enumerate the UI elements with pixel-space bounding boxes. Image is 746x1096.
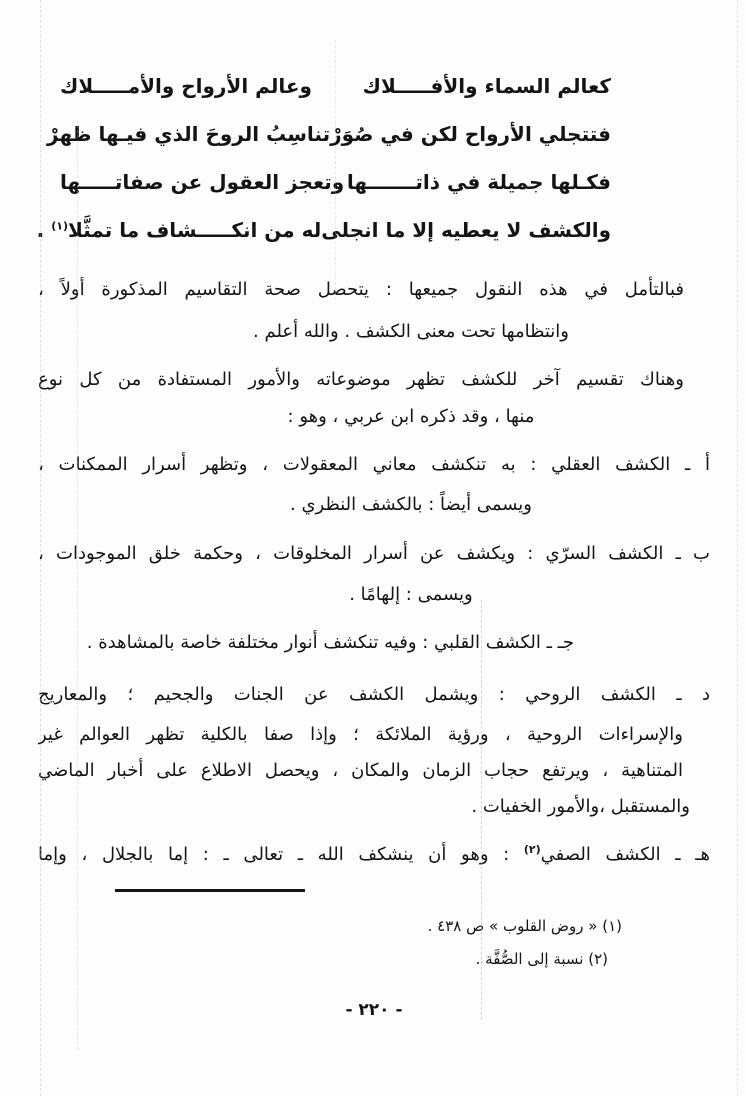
footnote-separator-rule bbox=[115, 889, 305, 892]
item-haa-text-rest: : وهو أن ينشكف الله ـ تعالى ـ : إما بالج… bbox=[38, 844, 524, 865]
paragraph-2-line-1: وهناك تقسيم آخر للكشف تظهر موضوعاته والأ… bbox=[38, 365, 710, 395]
scan-artifact-line bbox=[77, 120, 78, 1050]
verse-suffix: . bbox=[37, 218, 52, 242]
list-item-alif-line-1: أ ـ الكشف العقلي : به تنكشف معاني المعقو… bbox=[38, 450, 710, 480]
scan-artifact-line bbox=[40, 0, 41, 1096]
scan-artifact-line bbox=[481, 600, 482, 1020]
verse-hemistich-right: والكشف لا يعطيه إلا ما انجلى bbox=[321, 206, 611, 254]
list-item-daal-line-2: والإسراءات الروحية ، ورؤية الملائكة ؛ وإ… bbox=[38, 720, 710, 750]
scan-artifact-line bbox=[335, 40, 336, 300]
item-haa-text: هـ ـ الكشف الصفي bbox=[541, 844, 710, 865]
scanned-book-page: كعالم السماء والأفـــــلاك وعالم الأرواح… bbox=[0, 0, 746, 1096]
verse-row: فكـلها جميلة في ذاتـــــــها وتعجز العقو… bbox=[38, 158, 710, 206]
verse-hemistich-right: فكـلها جميلة في ذاتـــــــها bbox=[347, 158, 611, 206]
footnote-reference-2: (٢) bbox=[524, 843, 541, 856]
paragraph-1-line-1: فبالتأمل في هذه النقول جميعها : يتحصل صح… bbox=[38, 275, 710, 305]
verse-hemistich-left: له من انكـــــشاف ما تمثَّلا(١) . bbox=[37, 206, 322, 254]
list-item-daal-line-1: د ـ الكشف الروحي : ويشمل الكشف عن الجنات… bbox=[38, 680, 710, 710]
scan-artifact-line bbox=[737, 0, 738, 1096]
verse-hemistich-right: كعالم السماء والأفـــــلاك bbox=[363, 62, 611, 110]
footnotes-block: (١) « روض القلوب » ص ٤٣٨ . (٢) نسبة إلى … bbox=[38, 913, 710, 972]
list-item-baa-line-1: ب ـ الكشف السرّي : ويكشف عن أسرار المخلو… bbox=[38, 539, 710, 569]
verse-hemistich-left: وتعجز العقول عن صفاتـــــها bbox=[60, 158, 344, 206]
list-item-daal-line-4: والمستقبل ،والأمور الخفيات . bbox=[38, 792, 710, 822]
page-number: - ٢٢٠ - bbox=[38, 1000, 710, 1020]
list-item-daal-line-3: المتناهية ، ويرتفع حجاب الزمان والمكان ،… bbox=[38, 756, 710, 786]
paragraph-1-line-2: وانتظامها تحت معنى الكشف . والله أعلم . bbox=[38, 317, 710, 347]
footnote-1: (١) « روض القلوب » ص ٤٣٨ . bbox=[38, 913, 710, 939]
list-item-alif-line-2: ويسمى أيضاً : بالكشف النظري . bbox=[38, 490, 710, 520]
verse-row: كعالم السماء والأفـــــلاك وعالم الأرواح… bbox=[38, 62, 710, 110]
poem-block: كعالم السماء والأفـــــلاك وعالم الأرواح… bbox=[38, 62, 710, 254]
verse-hemistich-left: وعالم الأرواح والأمـــــلاك bbox=[60, 62, 312, 110]
verse-hemistich-left: تناسِبُ الروحَ الذي فيـها ظهرْ bbox=[47, 110, 330, 158]
list-item-haa-line-1: هـ ـ الكشف الصفي(٢) : وهو أن ينشكف الله … bbox=[38, 840, 710, 870]
verse-row: والكشف لا يعطيه إلا ما انجلى له من انكــ… bbox=[38, 206, 710, 254]
verse-hemistich-right: فتتجلي الأرواح لكن في صُوَرْ bbox=[330, 110, 611, 158]
list-item-jeem-line-1: جـ ـ الكشف القلبي : وفيه تنكشف أنوار مخت… bbox=[38, 628, 710, 658]
verse-text: له من انكـــــشاف ما تمثَّلا bbox=[68, 218, 321, 242]
list-item-baa-line-2: ويسمى : إلهامًا . bbox=[38, 580, 710, 610]
paragraph-2-line-2: منها ، وقد ذكره ابن عربي ، وهو : bbox=[38, 402, 710, 432]
footnote-reference-1: (١) bbox=[51, 219, 68, 232]
verse-row: فتتجلي الأرواح لكن في صُوَرْ تناسِبُ الر… bbox=[38, 110, 710, 158]
footnote-2: (٢) نسبة إلى الصُّفَّة . bbox=[38, 946, 710, 972]
